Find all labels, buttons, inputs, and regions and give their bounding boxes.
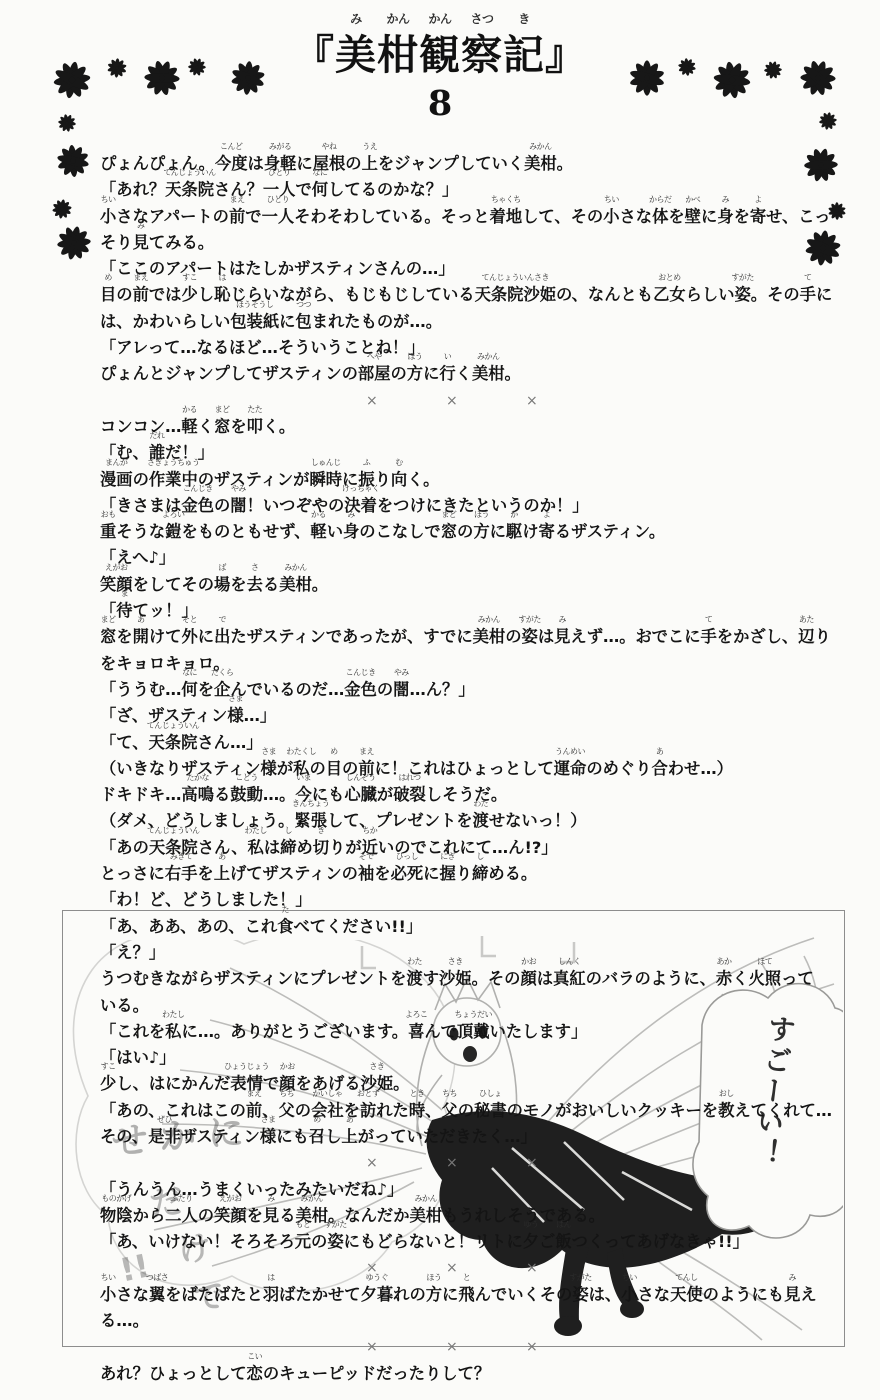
ruby-annotated-text: よろい鎧 [165, 519, 181, 545]
ruby-annotated-text: へや部屋 [358, 361, 391, 387]
scanned-novel-page: 『み美かん柑かん観さつ察き記』 8 [0, 0, 880, 1400]
ruby-annotated-text: しんく真紅 [553, 966, 586, 992]
ruby-annotated-text: あか赤 [716, 966, 732, 992]
text-line: 「きさまはこんじき金色のやみ闇！いつぞやのけっちゃく決着をつけにきたというのか！… [100, 493, 828, 519]
ruby-annotated-text: て手 [800, 282, 816, 308]
x-mark: × [366, 1334, 378, 1360]
ruby-annotated-text: まど窓 [100, 624, 116, 650]
ruby-annotated-text: そと外 [181, 624, 197, 650]
ruby-annotated-text: わた渡 [406, 966, 422, 992]
text-line: おも重そうなよろい鎧をものともせず、かる軽いみ身のこなしでまど窓のほう方にか駆け… [100, 519, 828, 545]
ruby-annotated-text: と飛 [458, 1282, 474, 1308]
text-line: 「む、だれ誰だ！」 [100, 440, 828, 466]
flower-star-icon [49, 218, 99, 268]
ruby-annotated-text: た食 [277, 914, 293, 940]
x-mark: × [446, 1255, 458, 1281]
text-line: は、かわいらしいほうそうし包装紙につつ包まれたものが…。 [100, 309, 828, 335]
ruby-annotated-text: おも重 [100, 519, 116, 545]
ruby-annotated-text: さ去 [247, 572, 263, 598]
ruby-annotated-text: み見 [263, 1203, 279, 1229]
ruby-annotated-text: やみ闇 [230, 493, 246, 519]
ruby-annotated-text: おとめ乙女 [653, 282, 686, 308]
text-line: る…。 [100, 1308, 828, 1334]
text-line: ドキドキ…たかな高鳴るこどう鼓動…。いま今にもしんぞう心臓がはれつ破裂しそうだ。 [100, 782, 828, 808]
flower-star-icon [798, 223, 848, 273]
ruby-annotated-text: しゅんじ瞬時 [309, 467, 342, 493]
ruby-annotated-text: てんじょういんさき天条院沙姫 [475, 282, 556, 308]
ruby-annotated-text: さま様 [227, 703, 243, 729]
text-line: ちい小さなつばさ翼をばたばたとは羽ばたかせてゆうぐ夕暮れのほう方にと飛んでいくそ… [100, 1282, 828, 1308]
text-line: 「ま待てッ！」 [100, 598, 828, 624]
ruby-annotated-text: たた叩 [247, 414, 263, 440]
text-line: まど窓をあ開けてそと外にで出たザスティンであったが、すでにみかん美柑のすがた姿は… [100, 624, 828, 650]
ruby-annotated-text: そで袖 [358, 861, 374, 887]
ruby-annotated-text: か駆 [506, 519, 522, 545]
ruby-annotated-text: すこ少 [181, 282, 197, 308]
ruby-annotated-text: み身 [343, 519, 359, 545]
flower-star-icon [51, 139, 94, 182]
ruby-annotated-text: おし教 [718, 1098, 734, 1124]
ruby-annotated-text: よ寄 [750, 204, 766, 230]
ruby-annotated-text: め目 [326, 756, 342, 782]
ruby-annotated-text: なに何 [181, 677, 197, 703]
text-line: 「ここのアパートはたしかザスティンさんの…」 [100, 256, 828, 282]
ruby-annotated-text: まど窓 [441, 519, 457, 545]
text-line: 「アレって…なるほど…そういうことね！」 [100, 335, 828, 361]
ruby-annotated-text: かん柑 [377, 26, 419, 84]
text-line: をキョロキョロ。 [100, 651, 828, 677]
ruby-annotated-text: ほて火照 [748, 966, 781, 992]
ruby-annotated-text: あ合 [651, 756, 667, 782]
ruby-annotated-text: で出 [214, 624, 230, 650]
ruby-annotated-text: ふたり二人 [165, 1203, 198, 1229]
flower-star-icon [815, 108, 840, 133]
flower-star-icon [705, 53, 758, 106]
x-mark: × [446, 1334, 458, 1360]
flower-star-icon [225, 55, 271, 101]
ruby-annotated-text: よろこ喜 [408, 1019, 424, 1045]
page-title: 『み美かん柑かん観さつ察き記』 [293, 26, 587, 84]
ruby-annotated-text: こんじき金色 [181, 493, 214, 519]
ruby-annotated-text: まんが漫画 [100, 467, 133, 493]
ruby-annotated-text: からだ体 [652, 204, 668, 230]
ruby-annotated-text: こい恋 [247, 1361, 263, 1387]
ruby-annotated-text: かん観 [419, 26, 461, 84]
text-line: 「えへ♪」 [100, 545, 828, 571]
ruby-annotated-text: かお顔 [520, 966, 536, 992]
text-line: ちい小さなアパートのまえ前でひとり一人そわそわしている。そっとちゃくち着地して、… [100, 204, 828, 230]
ruby-annotated-text: ほうそうし包装紙 [230, 309, 279, 335]
ruby-annotated-text: ほう方 [407, 361, 423, 387]
ruby-annotated-text: かべ壁 [685, 204, 701, 230]
ruby-annotated-text: ちい小 [100, 1282, 116, 1308]
text-line: め目のまえ前ではすこ少しは恥じらいながら、もじもじしているてんじょういんさき天条… [100, 282, 828, 308]
ruby-annotated-text: まえ前 [229, 204, 245, 230]
ruby-annotated-text: き記 [503, 26, 545, 84]
text-line: 「あ、ああ、あの、これた食べてください!!」 [100, 914, 828, 940]
text-line: （ダメ、どうしましょう。きんちょう緊張して、プレゼントをわた渡せないっ！） [100, 808, 828, 834]
ruby-annotated-text: ちい小 [603, 204, 619, 230]
ruby-annotated-text: さつ察 [461, 26, 503, 84]
ruby-annotated-text: おとず訪 [360, 1098, 376, 1124]
text-line: コンコン…かる軽くまど窓をたた叩く。 [100, 414, 828, 440]
section-separator: ××× [100, 388, 828, 414]
ruby-annotated-text: すがた姿 [572, 1282, 588, 1308]
ruby-annotated-text: はれつ破裂 [393, 782, 426, 808]
text-line: うつむきながらザスティンにプレゼントをわた渡すさき沙姫。そのかお顔はしんく真紅の… [100, 966, 828, 992]
ruby-annotated-text: わたし私 [248, 835, 264, 861]
ruby-annotated-text: ゆうぐ夕暮 [361, 1282, 394, 1308]
ruby-annotated-text: ぜひ是非 [148, 1124, 181, 1150]
ruby-annotated-text: てんじょういん天条院 [149, 730, 198, 756]
ruby-annotated-text: ちち父 [441, 1098, 457, 1124]
ruby-annotated-text: あ上 [341, 1124, 357, 1150]
ruby-annotated-text: ゆう夕 [523, 1229, 539, 1255]
section-separator: ××× [100, 1150, 828, 1176]
ruby-annotated-text: かる軽 [310, 519, 326, 545]
ruby-annotated-text: すこ少 [100, 1071, 116, 1097]
ruby-annotated-text: つつ包 [295, 309, 311, 335]
section-separator: ××× [100, 1334, 828, 1360]
text-line: そりみ見てみる。 [100, 230, 828, 256]
text-line: 「うんうん…うまくいったみたいだね♪」 [100, 1177, 828, 1203]
ruby-annotated-text: たかな高鳴 [181, 782, 214, 808]
ruby-annotated-text: み見 [554, 624, 570, 650]
ruby-annotated-text: て手 [701, 624, 717, 650]
ruby-annotated-text: あ開 [133, 624, 149, 650]
text-line: 「て、てんじょういん天条院さん…」 [100, 730, 828, 756]
ruby-annotated-text: なに何 [312, 177, 328, 203]
ruby-annotated-text: わたし私 [165, 1019, 181, 1045]
ruby-annotated-text: め目 [100, 282, 116, 308]
ruby-annotated-text: てんし天使 [670, 1282, 703, 1308]
x-mark: × [526, 388, 538, 414]
ruby-annotated-text: み見 [133, 230, 149, 256]
flower-star-icon [45, 53, 98, 106]
text-line: 「わ！ど、どうしました！」 [100, 887, 828, 913]
text-line: ぴょんとジャンプしてザスティンのへや部屋のほう方にい行くみかん美柑。 [100, 361, 828, 387]
ruby-annotated-text: ほう方 [426, 1282, 442, 1308]
x-mark: × [446, 388, 458, 414]
ruby-annotated-text: ものかげ物陰 [100, 1203, 133, 1229]
ruby-annotated-text: みぎて右手 [165, 861, 198, 887]
ruby-annotated-text: み見 [784, 1282, 800, 1308]
ruby-annotated-text: てんじょういん天条院 [165, 177, 214, 203]
body-text: ぴょんぴょん。こんど今度はみがる身軽にやね屋根のうえ上をジャンプしていくみかん美… [100, 151, 828, 1387]
ruby-annotated-text: うえ上 [362, 151, 378, 177]
text-line: とっさにみぎて右手をあ上げてザスティンのそで袖をひっし必死ににぎ握りし締める。 [100, 861, 828, 887]
text-line: 「はい♪」 [100, 1045, 828, 1071]
ruby-annotated-text: まど窓 [214, 414, 230, 440]
ruby-annotated-text: ちょうだい頂戴 [457, 1019, 490, 1045]
text-line: 「あ、いけない！そろそろもと元のすがた姿にもどらないと！リトにゆう夕ごはん飯つく… [100, 1229, 828, 1255]
ruby-annotated-text: は恥 [214, 282, 230, 308]
ruby-annotated-text: わた渡 [473, 808, 489, 834]
ruby-annotated-text: みかん美柑 [473, 624, 506, 650]
x-mark: × [446, 1150, 458, 1176]
ruby-annotated-text: こんど今度 [215, 151, 248, 177]
text-line: 「あれ？てんじょういん天条院さん？ひとり一人でなに何してるのかな？」 [100, 177, 828, 203]
ruby-annotated-text: みかん美柑 [524, 151, 557, 177]
ruby-annotated-text: すがた姿 [735, 282, 751, 308]
ruby-annotated-text: えがお笑顔 [214, 1203, 247, 1229]
x-mark: × [526, 1255, 538, 1281]
text-line: えがお笑顔をしてそのば場をさ去るみかん美柑。 [100, 572, 828, 598]
ruby-annotated-text: さま様 [261, 756, 277, 782]
ruby-annotated-text: め召 [309, 1124, 325, 1150]
ruby-annotated-text: かる軽 [181, 414, 197, 440]
ruby-annotated-text: み身 [717, 204, 733, 230]
ruby-annotated-text: ま待 [116, 598, 132, 624]
ruby-annotated-text: し締 [280, 835, 296, 861]
ruby-annotated-text: こんじき金色 [344, 677, 377, 703]
ruby-annotated-text: さま様 [260, 1124, 276, 1150]
x-mark: × [366, 1150, 378, 1176]
ruby-annotated-text: よ寄 [539, 519, 555, 545]
text-line: 「これをわたし私に…。ありがとうございます。よろこ喜んでちょうだい頂戴いたします… [100, 1019, 828, 1045]
text-line: 「あの、これはこのまえ前、ちち父のかいしゃ会社をおとず訪れたとき時、ちち父のひし… [100, 1098, 828, 1124]
x-mark: × [526, 1334, 538, 1360]
x-mark: × [366, 388, 378, 414]
ruby-annotated-text: あた辺 [798, 624, 814, 650]
text-line: 「あのてんじょういん天条院さん、わたし私はし締めき切りがちか近いのでこれにて…ん… [100, 835, 828, 861]
ruby-annotated-text: ひっし必死 [391, 861, 424, 887]
ruby-annotated-text: し締 [472, 861, 488, 887]
ruby-annotated-text: すがた姿 [522, 624, 538, 650]
text-line: その、ぜひ是非ザスティンさま様にもめ召しあ上がっていただきたく…」 [100, 1124, 828, 1150]
ruby-annotated-text: さき沙姫 [439, 966, 472, 992]
ruby-annotated-text: ちい小 [621, 1282, 637, 1308]
ruby-annotated-text: とき時 [409, 1098, 425, 1124]
text-line: ものかげ物陰からふたり二人のえがお笑顔をみ見るみかん美柑。なんだかみかん美柑もう… [100, 1203, 828, 1229]
flower-star-icon [625, 56, 669, 100]
ruby-annotated-text: ちち父 [278, 1098, 294, 1124]
ruby-annotated-text: まえ前 [133, 282, 149, 308]
ruby-annotated-text: ひしょ秘書 [474, 1098, 507, 1124]
ruby-annotated-text: ほう方 [473, 519, 489, 545]
ruby-annotated-text: みかん美柑 [279, 572, 312, 598]
ruby-annotated-text: すがた姿 [327, 1229, 343, 1255]
ruby-annotated-text: あ上 [214, 861, 230, 887]
ruby-annotated-text: うんめい運命 [554, 756, 587, 782]
ruby-annotated-text: もと元 [295, 1229, 311, 1255]
ruby-annotated-text: やみ闇 [393, 677, 409, 703]
text-line: あれ？ひょっとしてこい恋のキューピッドだったりして？ [100, 1361, 828, 1387]
ruby-annotated-text: ば場 [214, 572, 230, 598]
ruby-annotated-text: しんぞう心臓 [344, 782, 377, 808]
ruby-annotated-text: こどう鼓動 [230, 782, 263, 808]
ruby-annotated-text: む向 [391, 467, 407, 493]
ruby-annotated-text: つばさ翼 [149, 1282, 165, 1308]
ruby-annotated-text: い行 [439, 361, 455, 387]
ruby-annotated-text: にぎ握 [439, 861, 455, 887]
ruby-annotated-text: み美 [335, 26, 377, 84]
ruby-annotated-text: みかん美柑 [410, 1203, 443, 1229]
ruby-annotated-text: ちい小 [100, 204, 116, 230]
ruby-annotated-text: はん飯 [555, 1229, 571, 1255]
ruby-annotated-text: ちゃくち着地 [490, 204, 523, 230]
ruby-annotated-text: き切 [313, 835, 329, 861]
ruby-annotated-text: は羽 [263, 1282, 279, 1308]
text-line: 「ざ、ザスティンさま様…」 [100, 703, 828, 729]
text-line: 「ううむ…なに何をたくら企んでいるのだ…こんじき金色のやみ闇…ん？」 [100, 677, 828, 703]
x-mark: × [526, 1150, 538, 1176]
ruby-annotated-text: みかん美柑 [472, 361, 505, 387]
ruby-annotated-text: ひとり一人 [262, 204, 295, 230]
